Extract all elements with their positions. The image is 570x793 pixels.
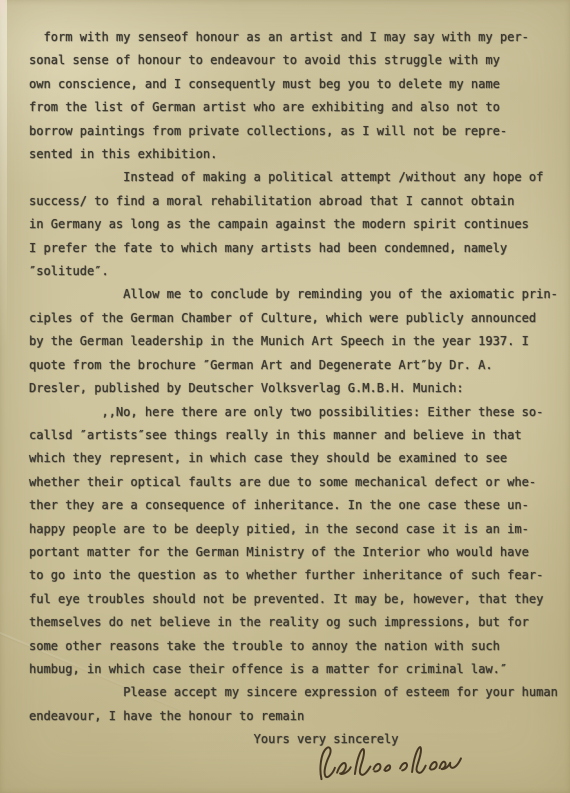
letter-page: form with my senseof honour as an artist… <box>0 0 570 793</box>
letter-body-text: form with my senseof honour as an artist… <box>29 26 558 752</box>
signature-stroke-group <box>320 743 462 779</box>
paper-corner-sliver <box>0 0 5 22</box>
signature-handwriting <box>313 740 462 781</box>
paper-edge-highlight <box>0 0 7 350</box>
